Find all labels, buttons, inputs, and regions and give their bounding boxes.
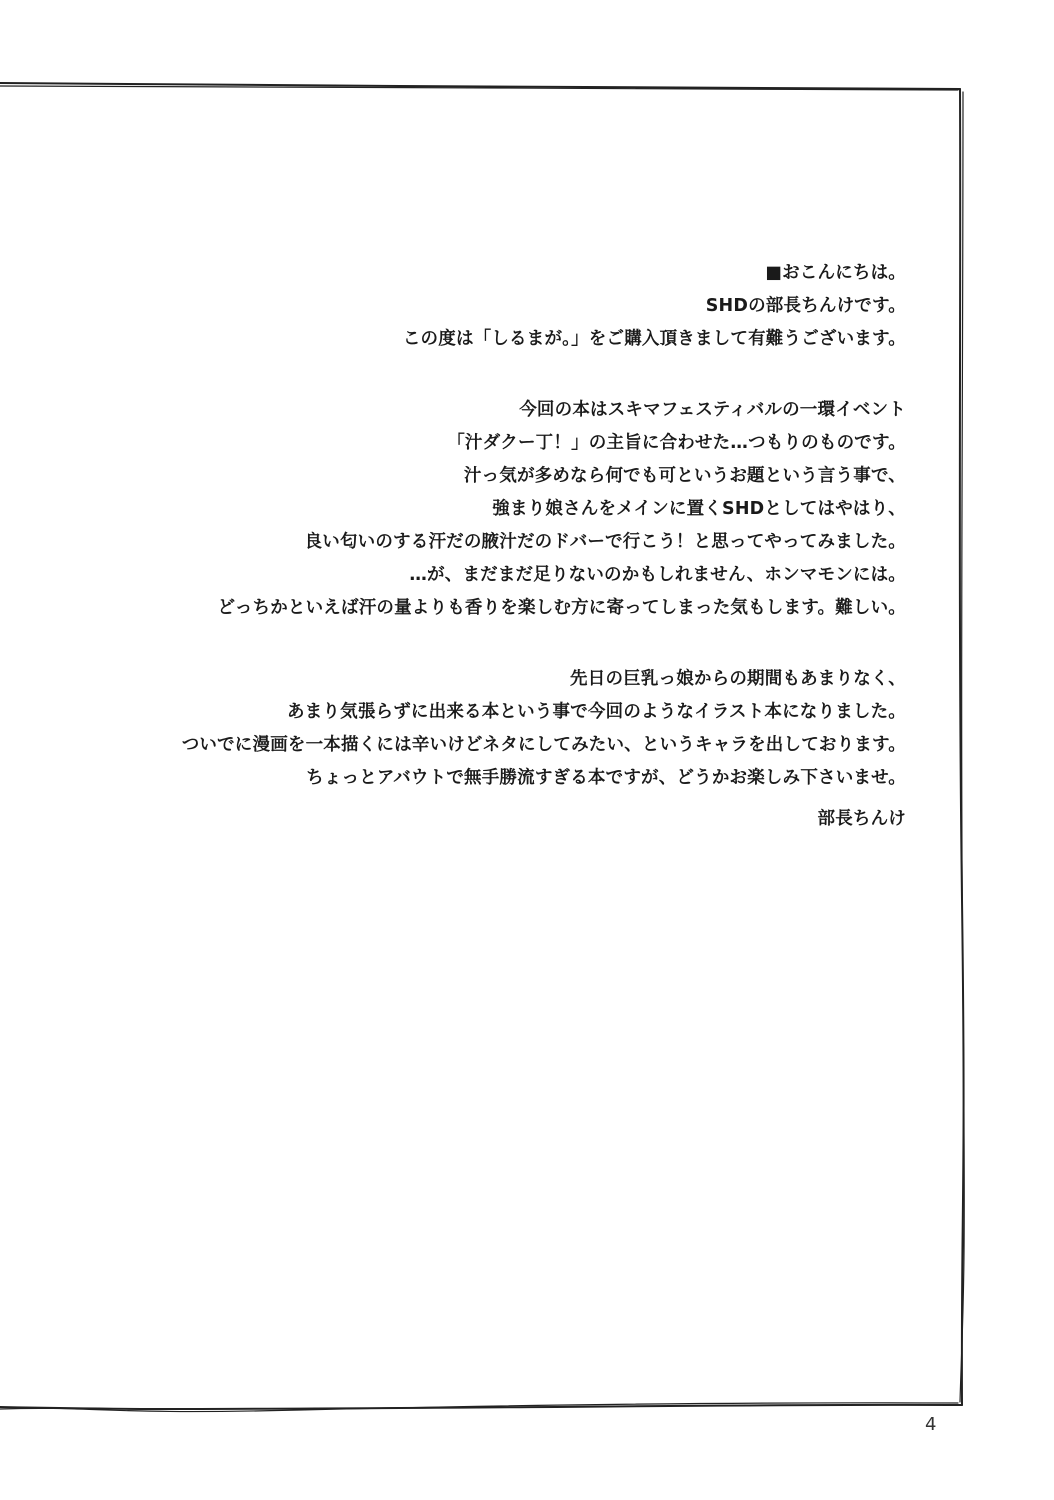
text-line: ついでに漫画を一本描くには辛いけどネタにしてみたい、というキャラを出しております… — [182, 729, 906, 762]
text-line: 今回の本はスキマフェスティバルの一環イベント — [182, 394, 906, 427]
paragraph-theme: 今回の本はスキマフェスティバルの一環イベント 「汁ダクー丁！」の主旨に合わせた…… — [182, 394, 906, 625]
paragraph-closing: 先日の巨乳っ娘からの期間もあまりなく、 あまり気張らずに出来る本という事で今回の… — [182, 663, 906, 795]
paragraph-gap — [182, 625, 906, 663]
text-line: 汁っ気が多めなら何でも可というお題という言う事で、 — [182, 460, 906, 493]
page-number: 4 — [925, 1414, 936, 1435]
text-line: ちょっとアバウトで無手勝流すぎる本ですが、どうかお楽しみ下さいませ。 — [182, 762, 906, 795]
paragraph-gap — [182, 356, 906, 394]
text-line: 良い匂いのする汗だの腋汁だのドバーで行こう！と思ってやってみました。 — [182, 526, 906, 559]
paragraph-gap — [182, 795, 906, 803]
text-line: …が、まだまだ足りないのかもしれません、ホンマモンには。 — [182, 559, 906, 592]
text-line: 「汁ダクー丁！」の主旨に合わせた…つもりのものです。 — [182, 427, 906, 460]
paragraph-greeting: ■おこんにちは。 SHDの部長ちんけです。 この度は「しるまが。」をご購入頂きま… — [182, 257, 906, 356]
afterword-text: ■おこんにちは。 SHDの部長ちんけです。 この度は「しるまが。」をご購入頂きま… — [182, 257, 906, 836]
text-line: ■おこんにちは。 — [182, 257, 906, 290]
text-line: SHDの部長ちんけです。 — [182, 290, 906, 323]
text-line: この度は「しるまが。」をご購入頂きまして有難うございます。 — [182, 323, 906, 356]
text-line: 強まり娘さんをメインに置くSHDとしてはやはり、 — [182, 493, 906, 526]
text-line: あまり気張らずに出来る本という事で今回のようなイラスト本になりました。 — [182, 696, 906, 729]
text-line: 先日の巨乳っ娘からの期間もあまりなく、 — [182, 663, 906, 696]
signature: 部長ちんけ — [182, 803, 906, 836]
text-line: どっちかといえば汗の量よりも香りを楽しむ方に寄ってしまった気もします。難しい。 — [182, 592, 906, 625]
